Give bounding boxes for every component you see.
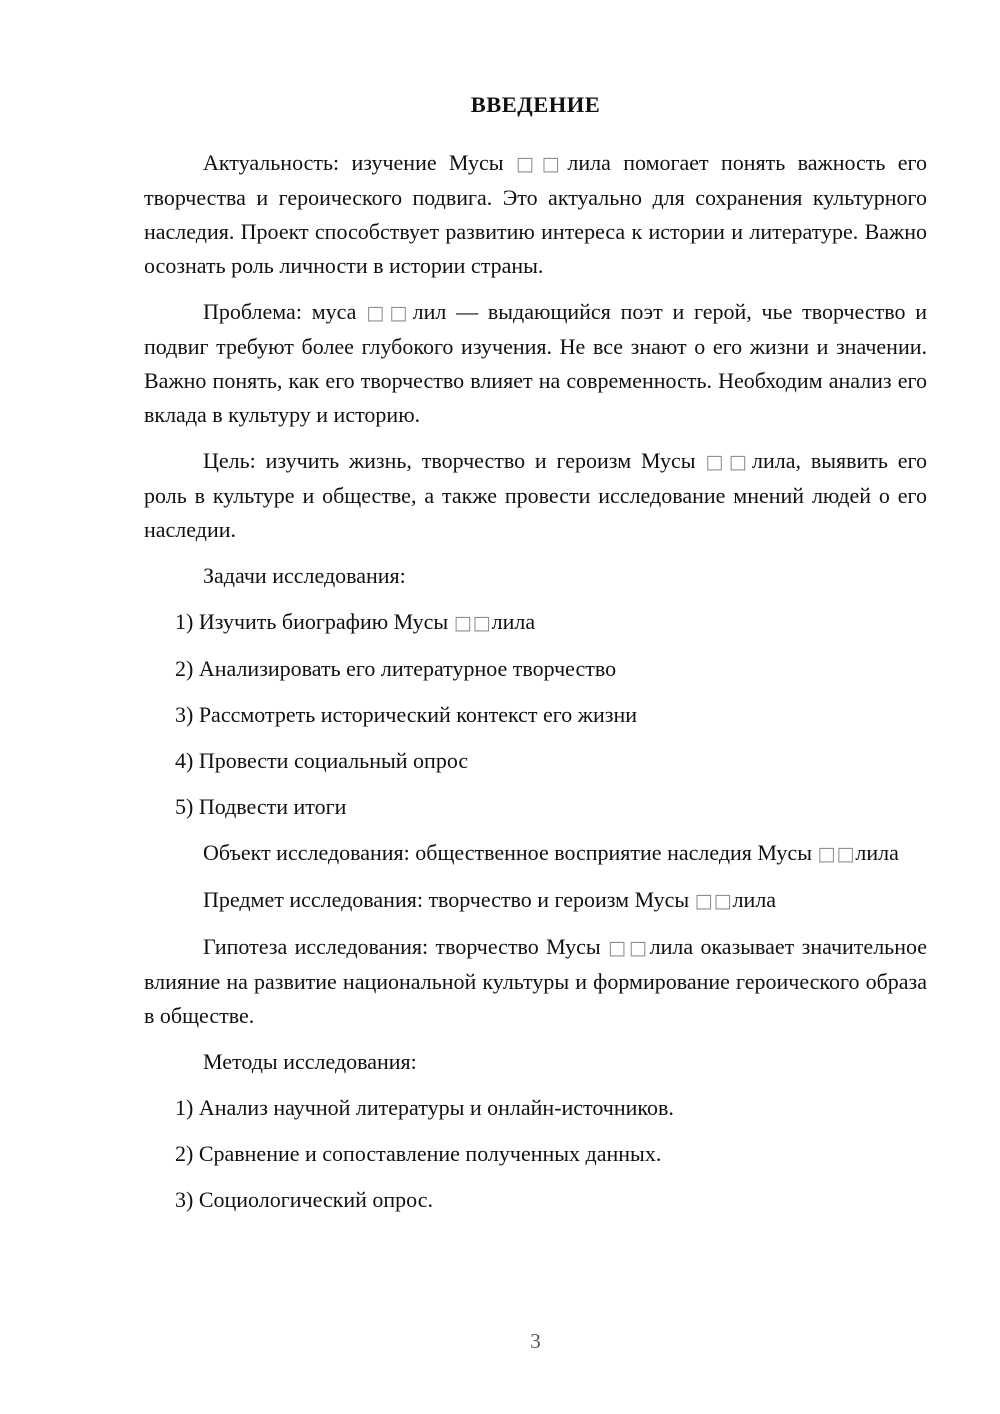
page-number: 3: [144, 1326, 927, 1356]
missing-glyph-box: □: [629, 937, 650, 959]
missing-glyph-box: □: [366, 302, 389, 324]
missing-glyph-box: □: [516, 153, 542, 175]
missing-glyph-box: □: [729, 451, 752, 473]
task-item-3: 3) Рассмотреть исторический контекст его…: [175, 698, 927, 732]
heading-zadachi: Задачи исследования:: [144, 559, 927, 593]
missing-glyph-box: □: [695, 890, 714, 912]
missing-glyph-box: □: [714, 890, 733, 912]
paragraph-cel: Цель: изучить жизнь, творчество и героиз…: [144, 444, 927, 547]
document-page: ВВЕДЕНИЕ Актуальность: изучение Мусы □□л…: [0, 0, 1000, 1414]
missing-glyph-box: □: [473, 612, 492, 634]
task-item-2: 2) Анализировать его литературное творче…: [175, 652, 927, 686]
missing-glyph-box: □: [542, 153, 568, 175]
missing-glyph-box: □: [608, 937, 629, 959]
missing-glyph-box: □: [389, 302, 412, 324]
page-title: ВВЕДЕНИЕ: [144, 88, 927, 122]
paragraph-problema: Проблема: муса □□лил — выдающийся поэт и…: [144, 295, 927, 432]
paragraph-predmet: Предмет исследования: творчество и герои…: [144, 883, 927, 918]
task-item-1: 1) Изучить биографию Мусы □□лила: [175, 605, 927, 640]
method-item-1: 1) Анализ научной литературы и онлайн-ис…: [175, 1091, 927, 1125]
missing-glyph-box: □: [836, 843, 855, 865]
heading-metody: Методы исследования:: [144, 1045, 927, 1079]
method-item-3: 3) Социологический опрос.: [175, 1183, 927, 1217]
task-item-5: 5) Подвести итоги: [175, 790, 927, 824]
paragraph-gipoteza: Гипотеза исследования: творчество Мусы □…: [144, 930, 927, 1033]
methods-list: 1) Анализ научной литературы и онлайн-ис…: [144, 1091, 927, 1217]
tasks-list: 1) Изучить биографию Мусы □□лила 2) Анал…: [144, 605, 927, 824]
paragraph-aktualnost: Актуальность: изучение Мусы □□лила помог…: [144, 146, 927, 283]
method-item-2: 2) Сравнение и сопоставление полученных …: [175, 1137, 927, 1171]
missing-glyph-box: □: [454, 612, 473, 634]
task-item-4: 4) Провести социальный опрос: [175, 744, 927, 778]
paragraph-obekt: Объект исследования: общественное воспри…: [144, 836, 927, 871]
missing-glyph-box: □: [817, 843, 836, 865]
missing-glyph-box: □: [705, 451, 728, 473]
